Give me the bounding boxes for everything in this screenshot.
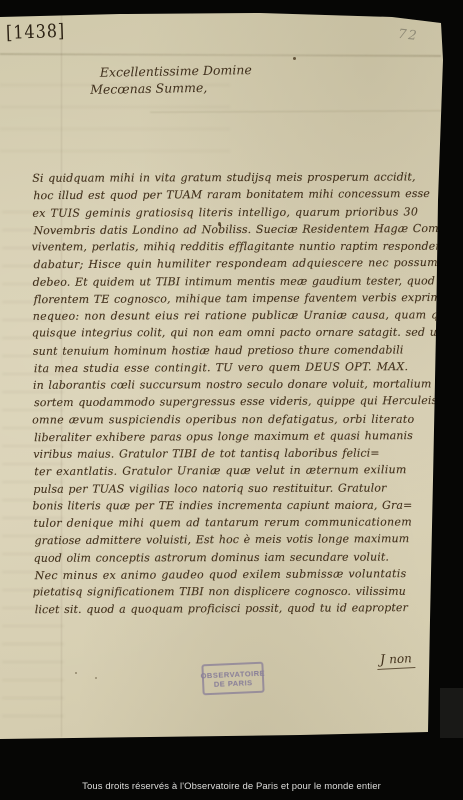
catchword-text: non <box>389 651 412 666</box>
letter-line-4: Novembris datis Londino ad Nobiliss. Sue… <box>33 222 443 242</box>
folio-number: 72 <box>397 27 419 44</box>
letter-line-14: sortem quodammodo supergressus esse vide… <box>34 394 444 414</box>
letter-salutation: Excellentissime DomineMecœnas Summe, <box>90 61 311 98</box>
letter-line-19: pulsa per TUAS vigilias loco natoriq suo… <box>33 481 443 500</box>
archive-stamp: OBSERVATOIRE DE PARIS <box>201 662 264 696</box>
letter-line-1: Si quidquam mihi in vita gratum studijsq… <box>32 170 442 189</box>
letter-line-20: bonis literis quæ per TE indies incremen… <box>32 498 442 516</box>
shelfmark-number: [1438] <box>6 20 66 44</box>
letter-line-2: hoc illud est quod per TUAM raram bonita… <box>33 187 443 207</box>
letter-line-10: quisque integrius colit, qui non eam omn… <box>32 326 442 344</box>
letter-line-13: in laborantis cœli succursum nostro secu… <box>33 377 443 396</box>
letter-line-3: ex TUIS geminis gratiosisq literis intel… <box>32 205 442 224</box>
letter-line-5: viventem, perlatis, mihiq redditis effla… <box>31 240 441 258</box>
scan-corner-patch <box>440 688 463 738</box>
catchword: Jnon <box>377 651 416 670</box>
letter-line-24: Nec minus ex animo gaudeo quod exilem su… <box>35 567 445 587</box>
letter-line-15: omne ævum suspiciendis operibus non defa… <box>32 412 442 430</box>
catchword-flourish: J <box>380 653 386 668</box>
fold-crease-horizontal-1 <box>0 53 441 57</box>
letter-line-8: florentem TE cognosco, mihique tam impen… <box>34 291 444 311</box>
letter-line-11: sunt tenuium hominum hostiæ haud pretios… <box>33 343 443 362</box>
salutation-line-2: Mecœnas Summe, <box>90 78 310 98</box>
paper-sheet: [1438] 72 Excellentissime DomineMecœnas … <box>0 0 463 800</box>
ink-speck <box>293 57 296 60</box>
letter-body: Si quidquam mihi in vita gratum studijsq… <box>32 170 444 620</box>
letter-line-21: tulor denique mihi quem ad tantarum reru… <box>33 515 443 534</box>
letter-line-22: gratiose admittere voluisti, Est hoc è m… <box>34 532 444 552</box>
ink-speck <box>95 677 97 679</box>
letter-line-17: viribus maius. Gratulor TIBI de tot tant… <box>33 446 443 465</box>
stamp-line-2: DE PARIS <box>214 678 253 689</box>
letter-line-18: ter exantlatis. Gratulor Uraniæ quæ velu… <box>34 463 444 483</box>
letter-line-16: liberaliter exhibere paras opus longe ma… <box>34 429 444 449</box>
letter-line-9: nequeo: non desunt eius rei ratione publ… <box>33 308 443 327</box>
letter-line-25: pietatisq significationem TIBI non displ… <box>33 585 443 603</box>
letter-line-26: licet sit. quod a quoquam proficisci pos… <box>35 601 445 621</box>
copyright-text: Tous droits réservés à l'Observatoire de… <box>82 781 381 800</box>
letter-line-7: debeo. Et quidem ut TIBI intimum mentis … <box>33 274 443 293</box>
footer-copyright-bar: Tous droits réservés à l'Observatoire de… <box>0 758 463 800</box>
letter-line-12: ita mea studia esse contingit. TU vero q… <box>34 360 444 380</box>
ink-speck <box>75 672 77 674</box>
letter-line-23: quod olim conceptis astrorum dominus iam… <box>34 550 444 569</box>
manuscript-scan-page: [1438] 72 Excellentissime DomineMecœnas … <box>0 0 463 800</box>
letter-line-6: dabatur; Hisce quin humiliter respondeam… <box>34 256 444 276</box>
